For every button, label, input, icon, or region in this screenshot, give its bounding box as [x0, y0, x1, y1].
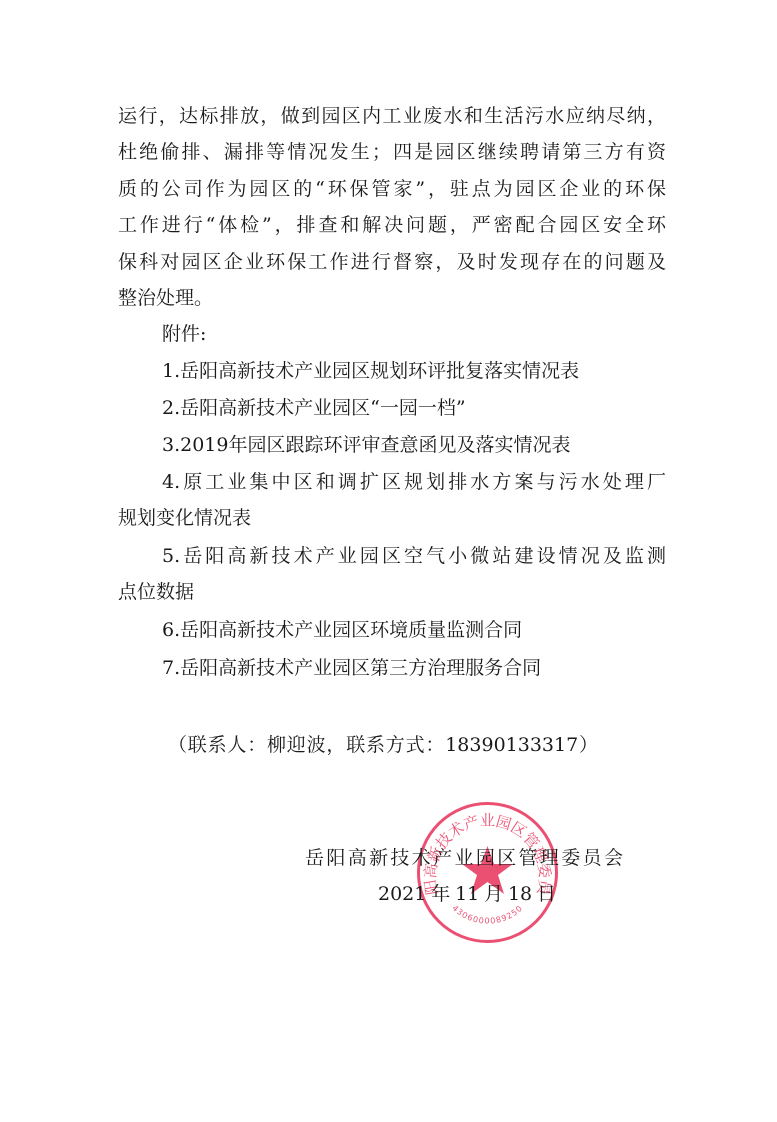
official-seal-icon: 岳阳高新技术产业园区管理委员会 4306000089250	[415, 800, 560, 945]
paragraph-line: 整治处理。	[118, 286, 213, 310]
attachment-item: 5.岳阳高新技术产业园区空气小微站建设情况及监测	[162, 544, 666, 568]
attachment-item: 1.岳阳高新技术产业园区规划环评批复落实情况表	[162, 359, 579, 383]
attachment-item: 3.2019年园区跟踪环评审查意函见及落实情况表	[162, 433, 570, 457]
paragraph-line: 运行，达标排放，做到园区内工业废水和生活污水应纳尽纳，	[118, 104, 666, 128]
paragraph-line: 保科对园区企业环保工作进行督察，及时发现存在的问题及	[118, 250, 666, 274]
svg-text:4306000089250: 4306000089250	[450, 904, 524, 926]
signing-date: 2021年11月18日	[378, 882, 556, 906]
paragraph-line: 工作进行“体检”，排查和解决问题，严密配合园区安全环	[118, 213, 666, 237]
attachment-item: 2.岳阳高新技术产业园区“一园一档”	[162, 396, 466, 420]
signing-organization: 岳阳高新技术产业园区管理委员会	[305, 846, 623, 870]
attachment-item: 4.原工业集中区和调扩区规划排水方案与污水处理厂	[162, 470, 666, 494]
attachment-item-continuation: 点位数据	[118, 580, 194, 604]
paragraph-line: 质的公司作为园区的“环保管家”，驻点为园区企业的环保	[118, 177, 666, 201]
attachment-item-continuation: 规划变化情况表	[118, 506, 251, 530]
contact-info: （联系人：柳迎波，联系方式：18390133317）	[168, 733, 598, 757]
attachment-item: 6.岳阳高新技术产业园区环境质量监测合同	[162, 618, 522, 642]
attachments-heading: 附件:	[162, 322, 206, 346]
paragraph-line: 杜绝偷排、漏排等情况发生；四是园区继续聘请第三方有资	[118, 140, 666, 164]
attachment-item: 7.岳阳高新技术产业园区第三方治理服务合同	[162, 656, 541, 680]
